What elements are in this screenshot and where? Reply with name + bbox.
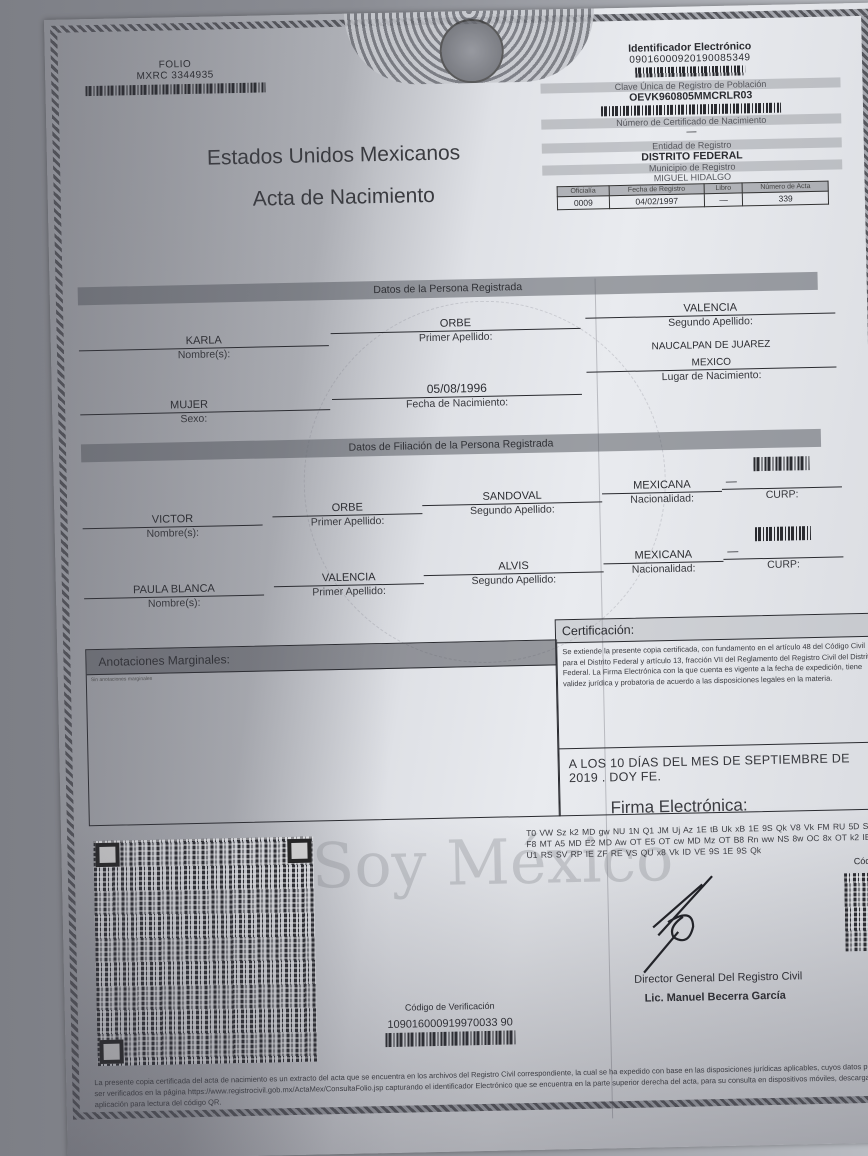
madre-curp-barcode [755,526,811,541]
certificacion-body: Se extiende la presente copia certificad… [556,636,868,693]
identificador-barcode [635,65,745,77]
persona-nombre: KARLA Nombre(s): [79,332,329,363]
folio-block: FOLIO MXRC 3344935 [85,57,266,96]
birth-certificate: FOLIO MXRC 3344935 Estados Unidos Mexica… [44,3,868,1156]
persona-lugar-nacimiento: NAUCALPAN DE JUAREZ MEXICO Lugar de Naci… [586,337,837,384]
verificacion-value: 109016000919970033 90 [350,1016,550,1032]
firma-electronica-code: T0 VW Sz k2 MD gw NU 1N Q1 JM Uj Az 1E t… [526,821,868,862]
persona-segundo-apellido: VALENCIA Segundo Apellido: [585,299,835,330]
madre-curp: — CURP: [723,525,844,572]
persona-sexo: MUJER Sexo: [80,396,330,427]
padre-curp: — CURP: [721,455,842,502]
padre-segundo-apellido: SANDOVAL Segundo Apellido: [422,488,603,518]
verificacion-block: Código de Verificación 10901600091997003… [350,1000,551,1048]
qr-code [93,837,318,1067]
padre-nacionalidad: MEXICANA Nacionalidad: [602,478,723,507]
persona-section-title: Datos de la Persona Registrada [373,281,522,296]
libro-value: — [704,193,743,207]
padre-curp-barcode [753,456,809,471]
codigo-label: Código [854,856,868,867]
anotaciones-box: Anotaciones Marginales: Sin anotaciones … [85,639,561,826]
firma-electronica-title: Firma Electrónica: [610,795,747,818]
fecha-registro-value: 04/02/1997 [609,194,704,209]
certificacion-date: A LOS 10 DÍAS DEL MES DE SEPTIEMBRE DE 2… [558,741,868,793]
verificacion-barcode [385,1030,515,1047]
folio-value: MXRC 3344935 [85,68,265,83]
persona-fecha-nacimiento: 05/08/1996 Fecha de Nacimiento: [332,379,583,412]
padre-nombre: VICTOR Nombre(s): [82,512,263,542]
madre-segundo-apellido: ALVIS Segundo Apellido: [423,558,604,588]
document-title: Acta de Nacimiento [253,184,436,212]
qr-code-small [844,873,868,952]
madre-nacionalidad: MEXICANA Nacionalidad: [603,548,724,577]
registry-info-block: Identificador Electrónico 09016000920190… [540,38,843,210]
persona-primer-apellido: ORBE Primer Apellido: [330,315,580,346]
padre-primer-apellido: ORBE Primer Apellido: [272,500,423,529]
madre-nombre: PAULA BLANCA Nombre(s): [84,582,265,612]
numero-acta-value: 339 [743,191,829,206]
filiacion-section-title: Datos de Filiación de la Persona Registr… [348,437,553,453]
certificacion-box: Certificación: Se extiende la presente c… [555,612,868,816]
signature-icon [637,865,759,977]
curp-value: OEVK960805MMCRLR03 [629,89,752,104]
oficialia-value: 0009 [557,196,609,210]
madre-row: PAULA BLANCA Nombre(s): VALENCIA Primer … [83,525,865,621]
madre-primer-apellido: VALENCIA Primer Apellido: [274,570,425,599]
